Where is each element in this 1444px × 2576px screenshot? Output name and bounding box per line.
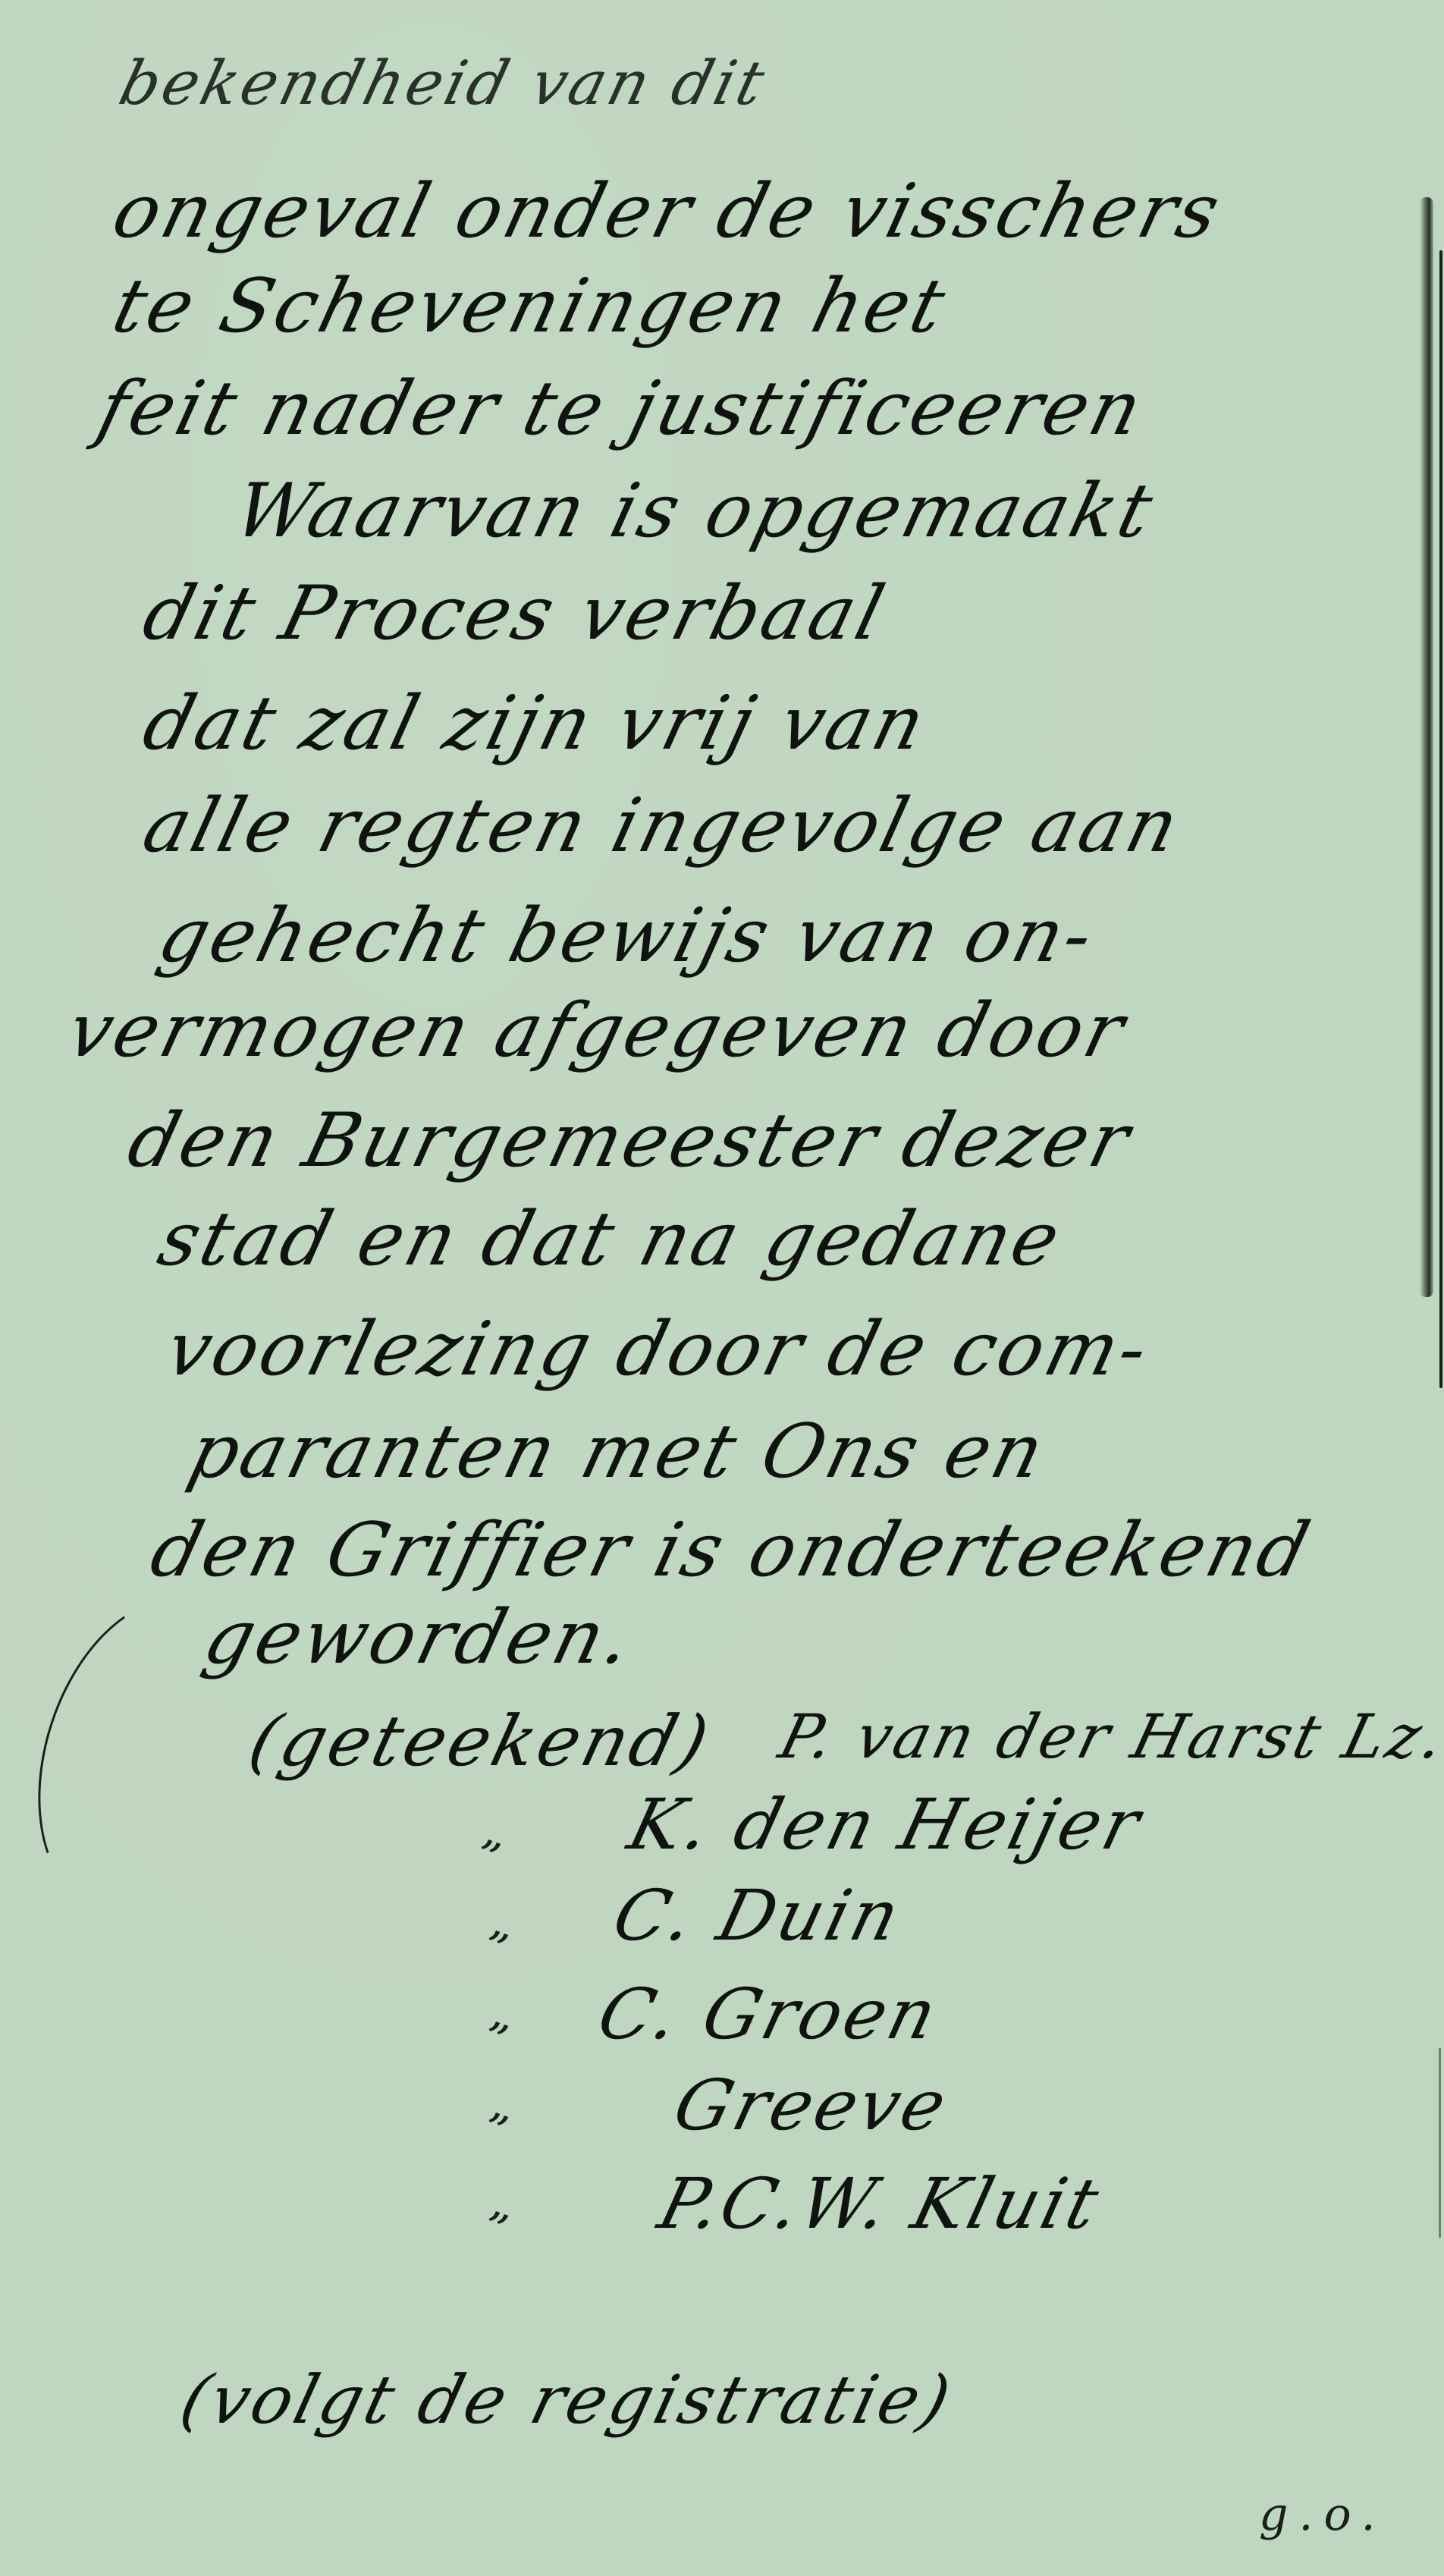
body-line-1: bekendheid van dit — [114, 53, 773, 114]
ditto-mark-5: „ — [485, 2175, 525, 2232]
body-line-12: stad en dat na gedane — [152, 1202, 1069, 1277]
signature-label: (geteekend) — [243, 1707, 717, 1776]
page-binding-edge — [1439, 250, 1442, 1388]
ditto-mark-3: „ — [485, 1985, 525, 2043]
body-line-10: vermogen afgegeven door — [61, 994, 1134, 1068]
page-binding-shadow — [1420, 197, 1433, 1297]
signature-6: P.C.W. Kluit — [652, 2169, 1108, 2239]
body-line-2: ongeval onder de visschers — [106, 174, 1229, 249]
body-line-15: den Griffier is onderteekend — [144, 1513, 1319, 1588]
ditto-mark-2: „ — [485, 1894, 525, 1952]
signature-4: C. Groen — [592, 1980, 946, 2050]
footer-mark: g.o. — [1259, 2488, 1386, 2541]
page-binding-edge-lower — [1439, 2048, 1441, 2238]
document-page: bekendheid van dit ongeval onder de viss… — [0, 0, 1444, 2576]
signature-3: C. Duin — [607, 1881, 909, 1951]
ditto-mark-4: „ — [485, 2076, 525, 2134]
body-line-14: paranten met Ons en — [182, 1415, 1053, 1489]
body-line-4: feit nader te justificeeren — [91, 372, 1151, 446]
body-line-16: geworden. — [197, 1601, 642, 1675]
body-line-13: voorlezing door de com- — [159, 1312, 1158, 1387]
signature-5: Greeve — [667, 2071, 956, 2141]
closing-note: (volgt de registratie) — [174, 2367, 959, 2433]
body-line-5: Waarvan is opgemaakt — [228, 474, 1162, 548]
body-line-3: te Scheveningen het — [106, 269, 955, 344]
ditto-mark-1: „ — [477, 1803, 517, 1861]
signature-1: P. van der Harst Lz. — [774, 1707, 1444, 1767]
body-line-8: alle regten ingevolge aan — [137, 789, 1188, 863]
body-line-7: dat zal zijn vrij van — [137, 686, 934, 761]
body-line-11: den Burgemeester dezer — [121, 1104, 1139, 1178]
body-line-9: gehecht bewijs van on- — [152, 899, 1103, 973]
signature-2: K. den Heijer — [622, 1790, 1149, 1860]
body-line-6: dit Proces verbaal — [137, 576, 893, 651]
